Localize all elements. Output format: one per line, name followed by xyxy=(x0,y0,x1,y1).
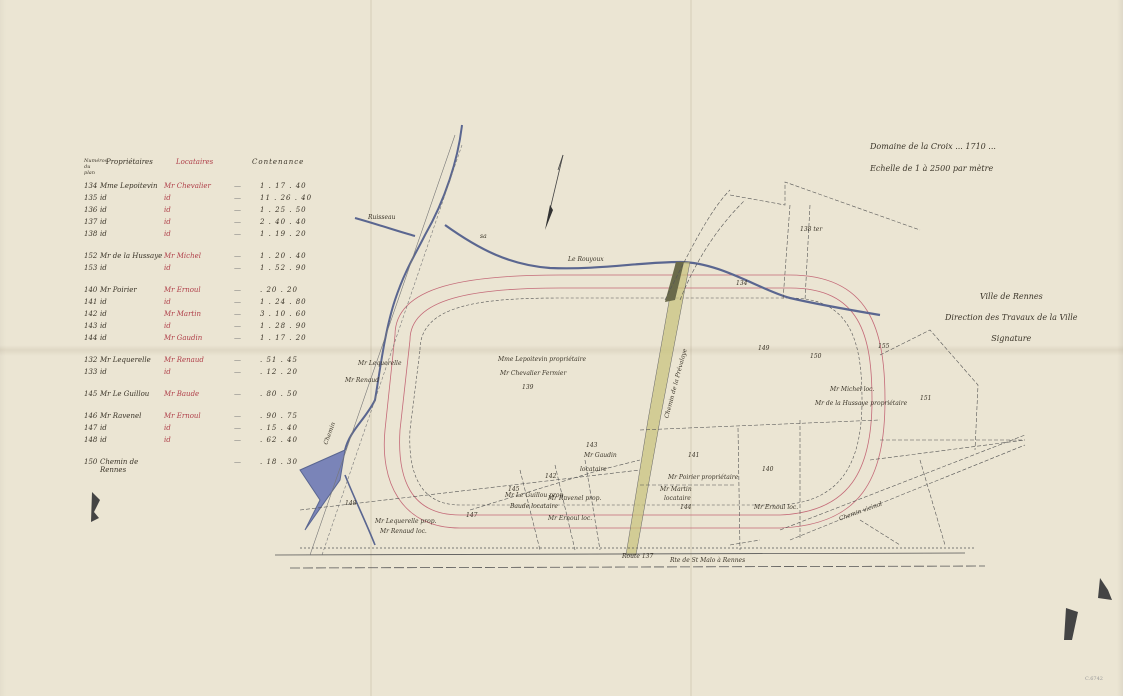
label-parcel-140: 140 xyxy=(762,466,773,473)
legend-dash: — xyxy=(234,334,260,342)
legend-area: . 18 . 30 xyxy=(260,458,320,466)
legend-area: 3 . 10 . 60 xyxy=(260,310,320,318)
legend-dash: — xyxy=(234,264,260,272)
label-parcel-n1: 138 ter xyxy=(800,226,822,233)
legend-area: 1 . 20 . 40 xyxy=(260,252,320,260)
city-block: Ville de Rennes Direction des Travaux de… xyxy=(945,292,1078,343)
legend-dash: — xyxy=(234,436,260,444)
legend-num: 134 xyxy=(84,182,100,190)
label-river-west: Ruisseau xyxy=(368,214,395,221)
label-lequerelle-tenant: Mr Renaud loc. xyxy=(380,528,427,535)
legend-tenant: Mr Ernoul xyxy=(164,412,234,420)
legend-num: 147 xyxy=(84,424,100,432)
legend-tenant: id xyxy=(164,322,234,330)
legend-dash: — xyxy=(234,310,260,318)
label-gaudin-owner: Mr Gaudin xyxy=(584,452,617,459)
legend-dash: — xyxy=(234,182,260,190)
legend-row: 146Mr RavenelMr Ernoul—. 90 . 75 xyxy=(84,412,324,424)
legend-row: 133idid—. 12 . 20 xyxy=(84,368,324,380)
label-parcel-right: 151 xyxy=(920,395,931,402)
label-parcel-143: 143 xyxy=(586,442,597,449)
city-line-2: Direction des Travaux de la Ville xyxy=(945,313,1078,322)
legend-tenant: Mr Gaudin xyxy=(164,334,234,342)
label-parcel-141: 141 xyxy=(688,452,699,459)
legend-area: 1 . 17 . 20 xyxy=(260,334,320,342)
title-line-1: Domaine de la Croix ... 1710 ... xyxy=(870,142,996,151)
legend-area: . 12 . 20 xyxy=(260,368,320,376)
legend-num: 140 xyxy=(84,286,100,294)
ink-blot xyxy=(1064,608,1078,640)
legend-row: 147idid—. 15 . 40 xyxy=(84,424,324,436)
legend-num: 137 xyxy=(84,218,100,226)
legend-row: 141idid—1 . 24 . 80 xyxy=(84,298,324,310)
legend-row: 135idid—11 . 26 . 40 xyxy=(84,194,324,206)
legend-tenant: id xyxy=(164,298,234,306)
legend-row: 138idid—1 . 19 . 20 xyxy=(84,230,324,242)
legend-rows: 134Mme LepoitevinMr Chevalier—1 . 17 . 4… xyxy=(84,182,324,470)
title-block: Domaine de la Croix ... 1710 ... Echelle… xyxy=(870,142,996,186)
legend-num: 135 xyxy=(84,194,100,202)
legend-table: Numéros du plan Propriétaires Locataires… xyxy=(84,158,324,470)
legend-row: 153idid—1 . 52 . 90 xyxy=(84,264,324,276)
legend-owner: Mr de la Hussaye xyxy=(100,252,164,260)
legend-num: 152 xyxy=(84,252,100,260)
yellow-road xyxy=(626,262,690,555)
legend-row: 134Mme LepoitevinMr Chevalier—1 . 17 . 4… xyxy=(84,182,324,194)
legend-owner: id xyxy=(100,322,164,330)
legend-header-tenant: Locataires xyxy=(176,158,246,176)
city-signature: Signature xyxy=(945,334,1078,343)
legend-dash: — xyxy=(234,286,260,294)
legend-area: 1 . 19 . 20 xyxy=(260,230,320,238)
legend-owner: id xyxy=(100,206,164,214)
legend-dash: — xyxy=(234,368,260,376)
legend-owner: id xyxy=(100,230,164,238)
legend-area: . 90 . 75 xyxy=(260,412,320,420)
legend-tenant: Mr Baude xyxy=(164,390,234,398)
legend-owner: id xyxy=(100,334,164,342)
legend-num: 133 xyxy=(84,368,100,376)
legend-row: 140Mr PoirierMr Ernoul—. 20 . 20 xyxy=(84,286,324,298)
legend-tenant: Mr Michel xyxy=(164,252,234,260)
label-route-number: Route 137 xyxy=(622,553,653,560)
race-track xyxy=(384,275,885,528)
track-inner-black xyxy=(410,298,862,505)
legend-owner: Mr Ravenel xyxy=(100,412,164,420)
legend-area: 1 . 25 . 50 xyxy=(260,206,320,214)
label-river-main: Le Rouyoux xyxy=(568,256,604,263)
legend-area: . 15 . 40 xyxy=(260,424,320,432)
legend-row: 137idid—2 . 40 . 40 xyxy=(84,218,324,230)
legend-header: Numéros du plan Propriétaires Locataires… xyxy=(84,158,324,176)
legend-owner: Chemin de Rennes xyxy=(100,458,164,474)
legend-tenant: id xyxy=(164,194,234,202)
ink-blot xyxy=(91,492,100,522)
legend-dash: — xyxy=(234,322,260,330)
legend-owner: id xyxy=(100,194,164,202)
legend-num: 150 xyxy=(84,458,100,466)
north-arrow-icon xyxy=(545,155,563,230)
legend-row: 132Mr LequerelleMr Renaud—. 51 . 45 xyxy=(84,356,324,368)
legend-row: 136idid—1 . 25 . 50 xyxy=(84,206,324,218)
legend-num: 138 xyxy=(84,230,100,238)
city-line-1: Ville de Rennes xyxy=(945,292,1078,301)
label-parcel-149: 149 xyxy=(758,345,769,352)
legend-dash: — xyxy=(234,390,260,398)
legend-dash: — xyxy=(234,412,260,420)
legend-owner: Mme Lepoitevin xyxy=(100,182,164,190)
label-river-mark: sa xyxy=(480,233,487,240)
legend-dash: — xyxy=(234,298,260,306)
legend-dash: — xyxy=(234,194,260,202)
label-poirier-tenant2: locataire xyxy=(664,495,691,502)
legend-dash: — xyxy=(234,206,260,214)
legend-num: 143 xyxy=(84,322,100,330)
label-hussaye-tenant: Mr Michel loc. xyxy=(830,386,874,393)
label-parcel-150: 150 xyxy=(810,353,821,360)
label-main-road: Rte de St Malo à Rennes xyxy=(670,557,745,564)
label-lesguillou-tenant: Baude locataire xyxy=(510,503,558,510)
label-gaudin-tenant: locataire xyxy=(580,466,607,473)
label-center-tenant: Mr Chevalier Fermier xyxy=(500,370,566,377)
legend-header-owner: Propriétaires xyxy=(106,158,170,176)
legend-owner: id xyxy=(100,436,164,444)
label-poirier-tenant1: Mr Martin xyxy=(660,486,692,493)
legend-tenant: id xyxy=(164,218,234,226)
river-to-road xyxy=(345,475,375,545)
label-parcel-east: 155 xyxy=(878,343,889,350)
legend-row: 144idMr Gaudin—1 . 17 . 20 xyxy=(84,334,324,346)
legend-area: . 80 . 50 xyxy=(260,390,320,398)
legend-tenant: id xyxy=(164,264,234,272)
legend-row: 148idid—. 62 . 40 xyxy=(84,436,324,448)
label-nw-owner: Mr Lequerelle xyxy=(358,360,402,367)
label-parcel-147: 147 xyxy=(466,512,477,519)
legend-area: 1 . 28 . 90 xyxy=(260,322,320,330)
legend-row: 142idMr Martin—3 . 10 . 60 xyxy=(84,310,324,322)
legend-tenant: id xyxy=(164,230,234,238)
ink-blot xyxy=(1098,578,1112,600)
legend-area: 1 . 17 . 40 xyxy=(260,182,320,190)
legend-tenant: Mr Renaud xyxy=(164,356,234,364)
legend-area: . 20 . 20 xyxy=(260,286,320,294)
archive-stamp: C.6742 xyxy=(1085,676,1103,682)
label-ernoul: Mr Ernoul loc. xyxy=(754,504,798,511)
legend-tenant: id xyxy=(164,424,234,432)
legend-tenant: id xyxy=(164,206,234,214)
legend-dash: — xyxy=(234,218,260,226)
map-sheet: Domaine de la Croix ... 1710 ... Echelle… xyxy=(0,0,1123,696)
river-main xyxy=(445,225,880,315)
label-lequerelle: Mr Lequerelle prop. xyxy=(375,518,437,525)
legend-tenant: id xyxy=(164,436,234,444)
legend-area: 1 . 24 . 80 xyxy=(260,298,320,306)
legend-owner: id xyxy=(100,424,164,432)
label-nw-tenant: Mr Renaud xyxy=(345,377,379,384)
legend-num: 146 xyxy=(84,412,100,420)
legend-owner: Mr Poirier xyxy=(100,286,164,294)
legend-owner: id xyxy=(100,368,164,376)
legend-dash: — xyxy=(234,356,260,364)
label-poirier: Mr Poirier propriétaire xyxy=(668,474,738,481)
legend-num: 142 xyxy=(84,310,100,318)
legend-num: 153 xyxy=(84,264,100,272)
label-center-number: 139 xyxy=(522,384,533,391)
legend-owner: id xyxy=(100,298,164,306)
legend-dash: — xyxy=(234,230,260,238)
legend-header-num: Numéros du plan xyxy=(84,158,100,176)
label-left-parcel: 148 xyxy=(345,500,356,507)
label-ravenel-tenant: Mr Ernoul loc. xyxy=(548,515,592,522)
legend-dash: — xyxy=(234,252,260,260)
label-ravenel: Mr Ravenel prop. xyxy=(548,495,601,502)
label-parcel-145: 145 xyxy=(508,486,519,493)
legend-num: 144 xyxy=(84,334,100,342)
label-parcel-144: 144 xyxy=(680,504,691,511)
legend-tenant: Mr Martin xyxy=(164,310,234,318)
legend-num: 132 xyxy=(84,356,100,364)
legend-row: 145Mr Le GuillouMr Baude—. 80 . 50 xyxy=(84,390,324,402)
diagonal-road-nw xyxy=(310,135,462,555)
label-center-owner: Mme Lepoitevin propriétaire xyxy=(498,356,586,363)
legend-num: 148 xyxy=(84,436,100,444)
legend-dash: — xyxy=(234,458,260,466)
legend-num: 136 xyxy=(84,206,100,214)
legend-header-area: Contenance xyxy=(252,158,312,176)
label-parcel-road-n: 134 xyxy=(736,280,747,287)
legend-area: 11 . 26 . 40 xyxy=(260,194,320,202)
title-line-2: Echelle de 1 à 2500 par mètre xyxy=(870,164,996,173)
legend-row: 150Chemin de Rennes—. 18 . 30 xyxy=(84,458,324,470)
legend-area: 2 . 40 . 40 xyxy=(260,218,320,226)
legend-num: 145 xyxy=(84,390,100,398)
legend-tenant: Mr Ernoul xyxy=(164,286,234,294)
legend-owner: id xyxy=(100,264,164,272)
legend-owner: id xyxy=(100,310,164,318)
legend-dash: — xyxy=(234,424,260,432)
legend-area: . 51 . 45 xyxy=(260,356,320,364)
legend-owner: Mr Le Guillou xyxy=(100,390,164,398)
legend-row: 143idid—1 . 28 . 90 xyxy=(84,322,324,334)
legend-owner: id xyxy=(100,218,164,226)
label-parcel-142: 142 xyxy=(545,473,556,480)
legend-tenant: Mr Chevalier xyxy=(164,182,234,190)
legend-area: 1 . 52 . 90 xyxy=(260,264,320,272)
legend-owner: Mr Lequerelle xyxy=(100,356,164,364)
legend-row: 152Mr de la HussayeMr Michel—1 . 20 . 40 xyxy=(84,252,324,264)
legend-num: 141 xyxy=(84,298,100,306)
label-hussaye: Mr de la Hussaye propriétaire xyxy=(815,400,907,407)
legend-tenant: id xyxy=(164,368,234,376)
legend-area: . 62 . 40 xyxy=(260,436,320,444)
